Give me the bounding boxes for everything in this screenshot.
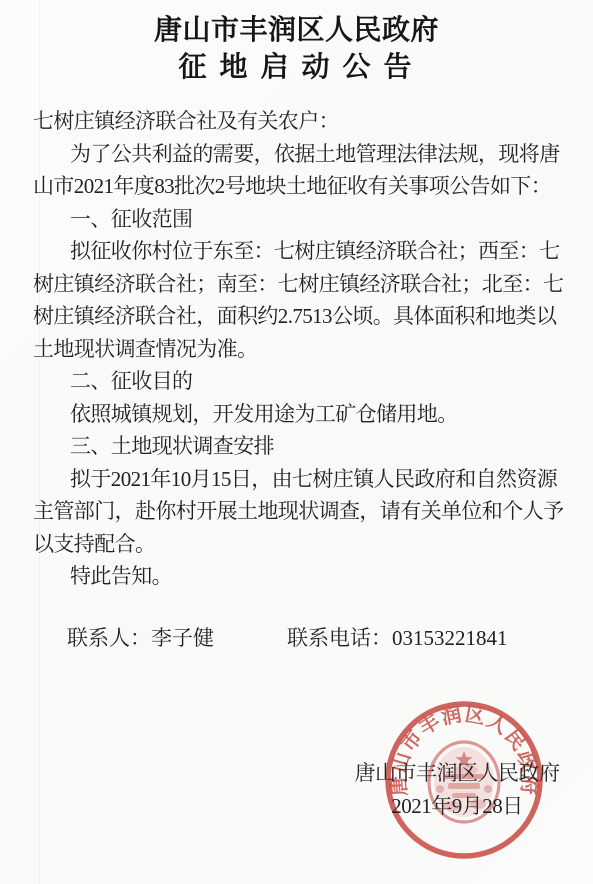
closing-line: 特此告知。 xyxy=(33,560,567,593)
body-line: 树庄镇经济联合社；南至：七树庄镇经济联合社；北至：七 xyxy=(33,268,567,301)
body-line: 主管部门，赴你村开展土地现状调查，请有关单位和个人予 xyxy=(33,495,567,528)
contact-person: 联系人：李子健 xyxy=(67,622,214,655)
body-line: 山市2021年度83批次2号地块土地征收有关事项公告如下： xyxy=(33,170,567,203)
body-line: 为了公共利益的需要，依据土地管理法律法规，现将唐 xyxy=(33,138,567,171)
signature-block: 唐山市丰润区人民政府 2021年9月28日 xyxy=(350,757,564,823)
notice-title: 征 地 启 动 公 告 xyxy=(0,49,593,86)
signature-date: 2021年9月28日 xyxy=(350,790,564,823)
section-heading: 三、土地现状调查安排 xyxy=(33,430,567,463)
salutation-line: 七树庄镇经济联合社及有关农户： xyxy=(33,105,567,138)
issuing-authority-title: 唐山市丰润区人民政府 xyxy=(0,12,593,49)
body-line: 依照城镇规划，开发用途为工矿仓储用地。 xyxy=(33,398,567,431)
notice-document-page: 唐山市丰润区人民政府 征 地 启 动 公 告 七树庄镇经济联合社及有关农户： 为… xyxy=(0,0,593,884)
notice-body: 七树庄镇经济联合社及有关农户： 为了公共利益的需要，依据土地管理法律法规，现将唐… xyxy=(33,105,567,593)
contact-phone: 联系电话：03153221841 xyxy=(287,622,508,655)
contact-row: 联系人：李子健 联系电话：03153221841 xyxy=(33,622,567,655)
section-heading: 二、征收目的 xyxy=(33,365,567,398)
body-line: 拟征收你村位于东至：七树庄镇经济联合社；西至：七 xyxy=(33,235,567,268)
body-line: 拟于2021年10月15日，由七树庄镇人民政府和自然资源 xyxy=(33,463,567,496)
signature-issuer: 唐山市丰润区人民政府 xyxy=(350,757,564,790)
document-header: 唐山市丰润区人民政府 征 地 启 动 公 告 xyxy=(0,12,593,86)
body-line: 树庄镇经济联合社，面积约2.7513公顷。具体面积和地类以 xyxy=(33,300,567,333)
body-line: 土地现状调查情况为准。 xyxy=(33,333,567,366)
body-line: 以支持配合。 xyxy=(33,528,567,561)
section-heading: 一、征收范围 xyxy=(33,203,567,236)
